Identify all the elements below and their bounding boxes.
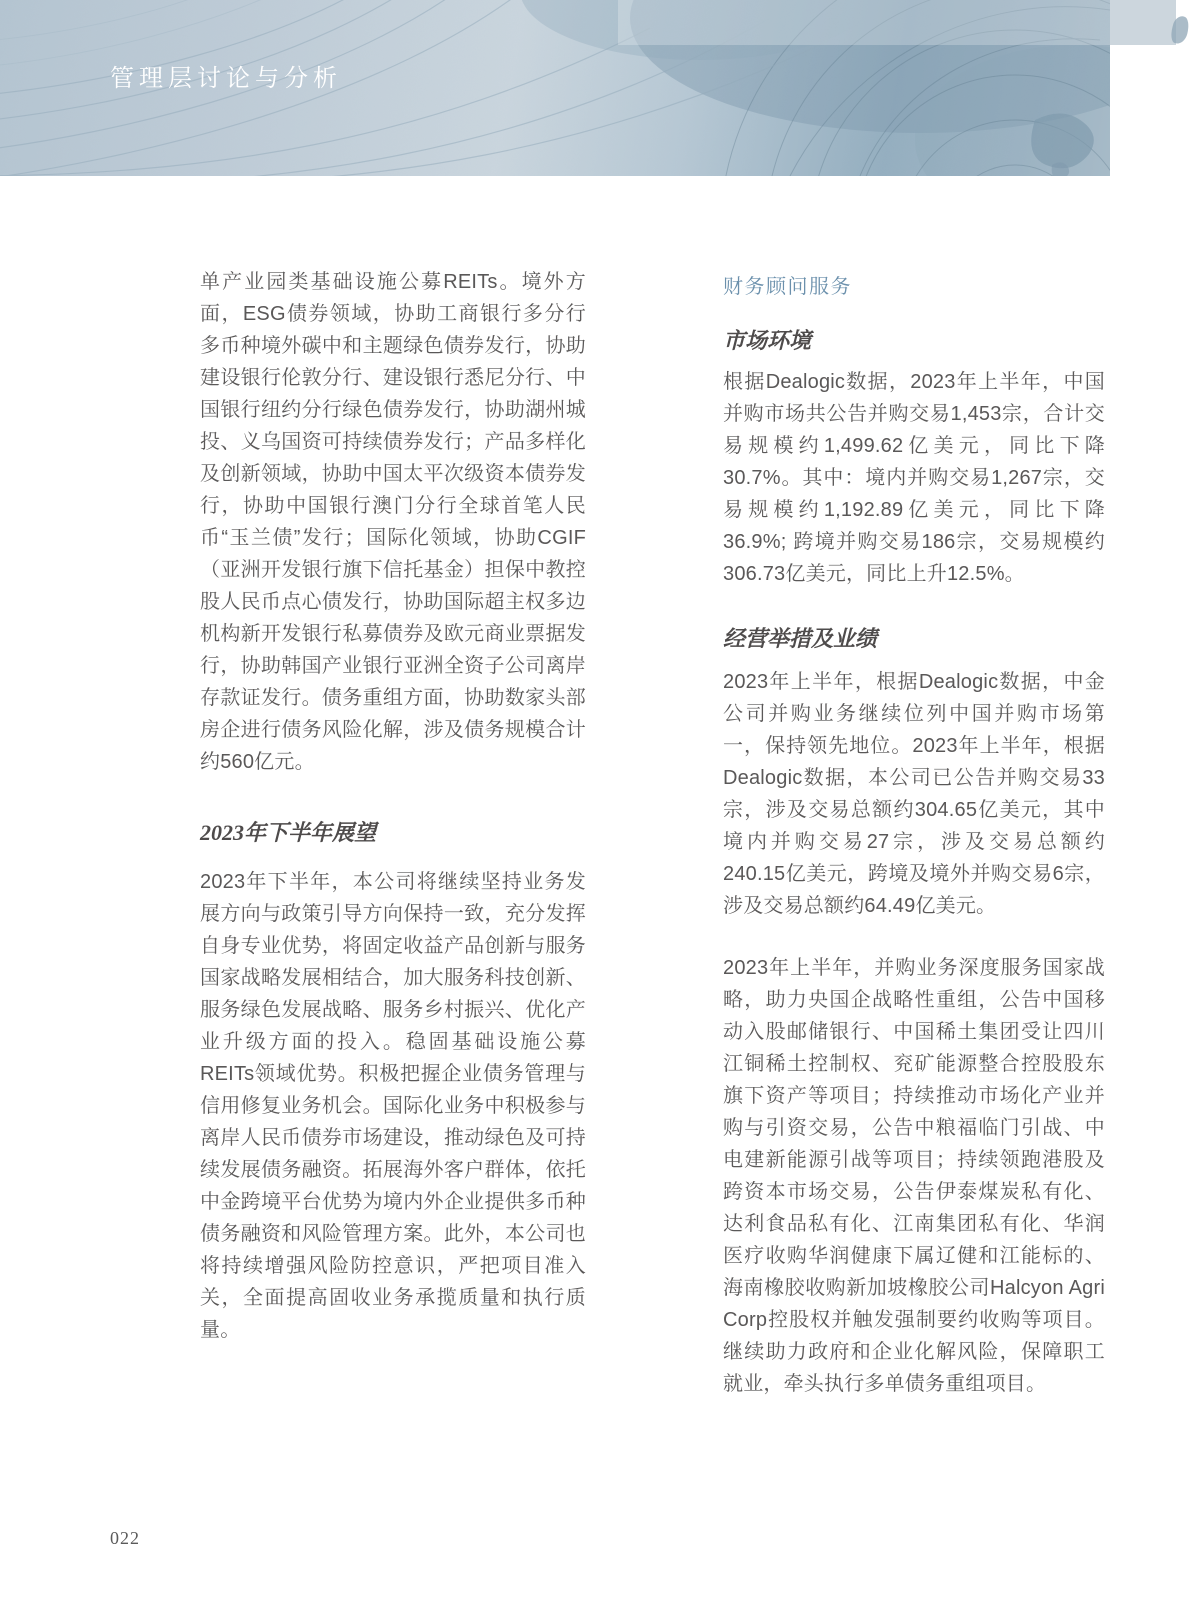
operations-paragraph-1: 2023年上半年，根据Dealogic数据，中金公司并购业务继续位列中国并购市场… bbox=[723, 666, 1105, 922]
top-right-strip bbox=[1110, 0, 1176, 45]
operations-results-heading: 经营举措及业绩 bbox=[723, 622, 1105, 656]
market-environment-heading: 市场环境 bbox=[723, 324, 1105, 358]
market-environment-paragraph: 根据Dealogic数据，2023年上半年，中国并购市场共公告并购交易1,453… bbox=[723, 366, 1105, 590]
operations-paragraph-2: 2023年上半年，并购业务深度服务国家战略，助力央国企战略性重组，公告中国移动入… bbox=[723, 952, 1105, 1400]
outlook-paragraph: 2023年下半年，本公司将继续坚持业务发展方向与政策引导方向保持一致，充分发挥自… bbox=[200, 866, 586, 1346]
header-banner: 管理层讨论与分析 bbox=[0, 0, 1110, 176]
page-title: 管理层讨论与分析 bbox=[110, 58, 342, 93]
banner-highlight-band bbox=[618, 0, 1110, 45]
left-column: 单产业园类基础设施公募REITs。境外方面，ESG债券领域，协助工商银行多分行多… bbox=[200, 266, 586, 1346]
outlook-heading: 2023年下半年展望 bbox=[200, 816, 586, 850]
report-page: 管理层讨论与分析 单产业园类基础设施公募REITs。境外方面，ESG债券领域，协… bbox=[0, 0, 1190, 1615]
page-number: 022 bbox=[110, 1528, 140, 1549]
right-column: 财务顾问服务 市场环境 根据Dealogic数据，2023年上半年，中国并购市场… bbox=[723, 272, 1105, 1400]
fixed-income-paragraph: 单产业园类基础设施公募REITs。境外方面，ESG债券领域，协助工商银行多分行多… bbox=[200, 266, 586, 778]
financial-advisory-heading: 财务顾问服务 bbox=[723, 272, 1105, 302]
